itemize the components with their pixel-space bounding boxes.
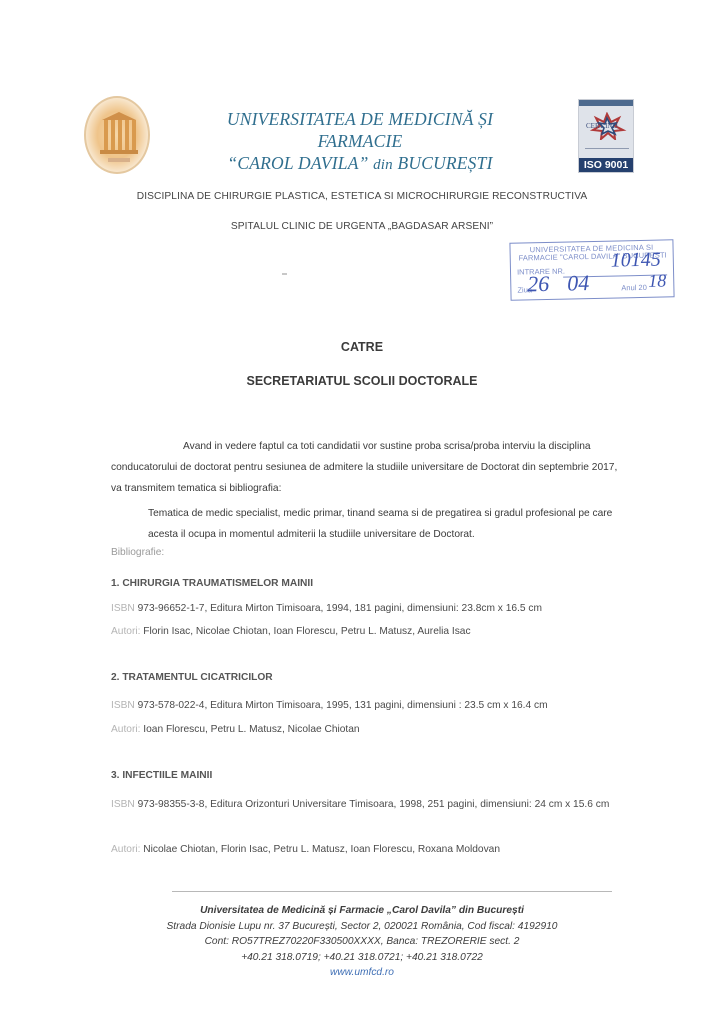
- recipient-to: CATRE: [0, 340, 724, 354]
- stamp-day: 26: [527, 271, 550, 297]
- faded-prefix: Autori:: [111, 626, 140, 637]
- seal-ribbon: [108, 158, 130, 162]
- stamp-entry-number: 10145: [611, 249, 661, 273]
- faded-prefix: Autori:: [111, 844, 140, 855]
- footer-institution: Universitatea de Medicină și Farmacie „C…: [0, 903, 724, 919]
- faded-prefix: Autori:: [111, 724, 140, 735]
- certind-brand: CERT IND: [586, 122, 618, 130]
- body-paragraph: Avand in vedere faptul ca toti candidati…: [111, 436, 621, 499]
- footer-website-link[interactable]: www.umfcd.ro: [0, 965, 724, 981]
- footer-account: Cont: RO57TREZ70220F330500XXXX, Banca: T…: [0, 934, 724, 950]
- registration-stamp: UNIVERSITATEA DE MEDICINA SI FARMACIE "C…: [509, 239, 674, 300]
- seal-column: [125, 120, 129, 150]
- university-title-line2: “CAROL DAVILA” din BUCUREȘTI: [185, 152, 535, 176]
- footer-phones: +40.21 318.0719; +40.21 318.0721; +40.21…: [0, 950, 724, 966]
- university-title: UNIVERSITATEA DE MEDICINĂ ȘI FARMACIE “C…: [185, 108, 535, 176]
- seal-pediment: [102, 112, 136, 120]
- faded-prefix: ISBN: [111, 799, 135, 810]
- tematica-paragraph: Tematica de medic specialist, medic prim…: [148, 503, 628, 545]
- book-title: 2. TRATAMENTUL CICATRICILOR: [111, 672, 273, 683]
- book-details: ISBN 973-578-022-4, Editura Mirton Timis…: [111, 696, 621, 715]
- certind-iso-icon: CERT IND ISO 9001: [578, 99, 634, 173]
- seal-column: [118, 120, 122, 150]
- stamp-year-label: Anul 20: [621, 283, 647, 293]
- seal-column: [111, 120, 115, 150]
- book-title: 3. INFECTIILE MAINII: [111, 770, 212, 781]
- book-authors: Autori: Ioan Florescu, Petru L. Matusz, …: [111, 720, 621, 739]
- stamp-month: 04: [567, 270, 590, 296]
- faded-prefix: ISBN: [111, 603, 135, 614]
- stamp-year: 18: [648, 270, 666, 291]
- book-authors: Autori: Florin Isac, Nicolae Chiotan, Io…: [111, 622, 621, 641]
- seal-column: [104, 120, 108, 150]
- footer-divider: [172, 891, 612, 892]
- iso-label: ISO 9001: [579, 158, 633, 172]
- footer: Universitatea de Medicină și Farmacie „C…: [0, 903, 724, 981]
- university-seal-icon: [84, 96, 150, 174]
- university-title-line1: UNIVERSITATEA DE MEDICINĂ ȘI FARMACIE: [185, 108, 535, 152]
- book-details: ISBN 973-98355-3-8, Editura Orizonturi U…: [111, 795, 611, 814]
- recipient-office: SECRETARIATUL SCOLII DOCTORALE: [0, 374, 724, 388]
- scan-speck: [282, 273, 287, 275]
- iso-top-bar: [579, 100, 633, 106]
- discipline-heading: DISCIPLINA DE CHIRURGIE PLASTICA, ESTETI…: [0, 191, 724, 202]
- book-details: ISBN 973-96652-1-7, Editura Mirton Timis…: [111, 599, 621, 618]
- footer-address: Strada Dionisie Lupu nr. 37 București, S…: [0, 919, 724, 935]
- bibliography-label: Bibliografie:: [111, 547, 164, 558]
- book-authors: Autori: Nicolae Chiotan, Florin Isac, Pe…: [111, 840, 621, 859]
- seal-base: [100, 150, 138, 154]
- book-title: 1. CHIRURGIA TRAUMATISMELOR MAINII: [111, 578, 313, 589]
- hospital-heading: SPITALUL CLINIC DE URGENTA „BAGDASAR ARS…: [0, 221, 724, 232]
- faded-prefix: ISBN: [111, 700, 135, 711]
- seal-column: [132, 120, 136, 150]
